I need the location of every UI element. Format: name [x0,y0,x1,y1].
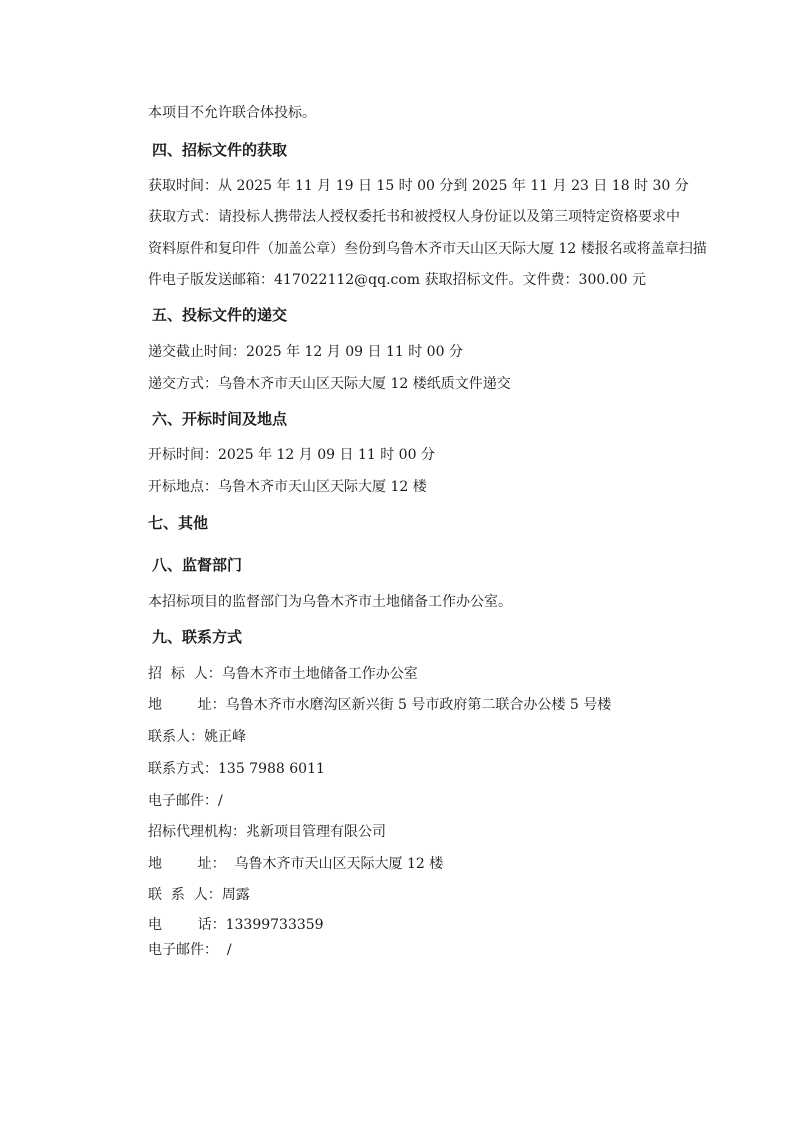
section-5-heading: 五、投标文件的递交 [152,306,287,324]
tenderer: 招 标 人：乌鲁木齐市土地储备工作办公室 [148,665,418,683]
agency-phone: 电 话：13399733359 [148,916,324,934]
section-7-heading: 七、其他 [148,514,208,532]
tenderer-phone: 联系方式：135 7988 6011 [148,760,325,778]
agency-contact: 联 系 人：周露 [148,886,250,904]
agency-address: 地 址： 乌鲁木齐市天山区天际大厦 12 楼 [148,855,443,873]
submission-deadline: 递交截止时间：2025 年 12 月 09 日 11 时 00 分 [148,343,463,361]
opening-place: 开标地点：乌鲁木齐市天山区天际大厦 12 楼 [148,478,427,496]
no-consortium-text: 本项目不允许联合体投标。 [148,104,316,122]
acquisition-method-line2: 资料原件和复印件（加盖公章）叁份到乌鲁木齐市天山区天际大厦 12 楼报名或将盖章… [148,240,707,258]
opening-time: 开标时间：2025 年 12 月 09 日 11 时 00 分 [148,446,435,464]
tenderer-contact: 联系人：姚正峰 [148,728,246,746]
section-4-heading: 四、招标文件的获取 [152,141,287,159]
tenderer-email: 电子邮件：/ [148,792,223,810]
section-8-heading: 八、监督部门 [152,556,242,574]
tenderer-address: 地 址：乌鲁木齐市水磨沟区新兴街 5 号市政府第二联合办公楼 5 号楼 [148,696,611,714]
agency-email: 电子邮件： / [148,941,232,959]
section-9-heading: 九、联系方式 [152,628,242,646]
acquisition-time: 获取时间：从 2025 年 11 月 19 日 15 时 00 分到 2025 … [148,177,689,195]
agency-name: 招标代理机构：兆新项目管理有限公司 [148,823,386,841]
acquisition-method-line1: 获取方式：请投标人携带法人授权委托书和被授权人身份证以及第三项特定资格要求中 [148,208,680,226]
acquisition-method-line3: 件电子版发送邮箱：417022112@qq.com 获取招标文件。文件费：300… [148,271,646,289]
submission-method: 递交方式：乌鲁木齐市天山区天际大厦 12 楼纸质文件递交 [148,375,511,393]
section-6-heading: 六、开标时间及地点 [152,410,287,428]
supervision-text: 本招标项目的监督部门为乌鲁木齐市土地储备工作办公室。 [148,593,512,611]
